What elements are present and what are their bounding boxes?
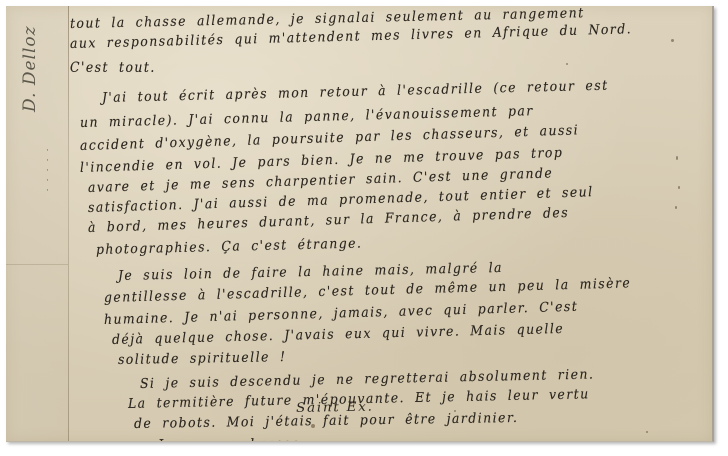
ink-speck — [678, 186, 680, 189]
signature: Saint Ex. — [296, 399, 374, 416]
ink-speck — [646, 431, 648, 433]
handwritten-line: photographies. Ça c'est étrange. — [96, 235, 363, 258]
ink-speck — [671, 39, 674, 42]
handwritten-line: solitude spirituelle ! — [118, 349, 287, 368]
ink-speck — [675, 206, 677, 209]
handwritten-line: J'ai tout écrit après mon retour à l'esc… — [102, 78, 609, 106]
fold-line — [68, 6, 69, 441]
horizontal-crease — [6, 264, 68, 265]
letter-scan: D. Delloz ····· tout la chasse allemande… — [0, 0, 728, 456]
margin-marks: ····· — [46, 146, 52, 206]
ink-speck — [566, 63, 568, 65]
ink-speck — [454, 410, 456, 412]
margin-annotation: D. Delloz — [20, 52, 40, 112]
handwritten-line: C'est tout. — [70, 60, 156, 76]
handwritten-line: Je vous embrasse — [158, 436, 300, 442]
paper-sheet: D. Delloz ····· tout la chasse allemande… — [6, 6, 714, 442]
ink-speck — [676, 156, 678, 160]
ink-speck — [311, 424, 315, 428]
